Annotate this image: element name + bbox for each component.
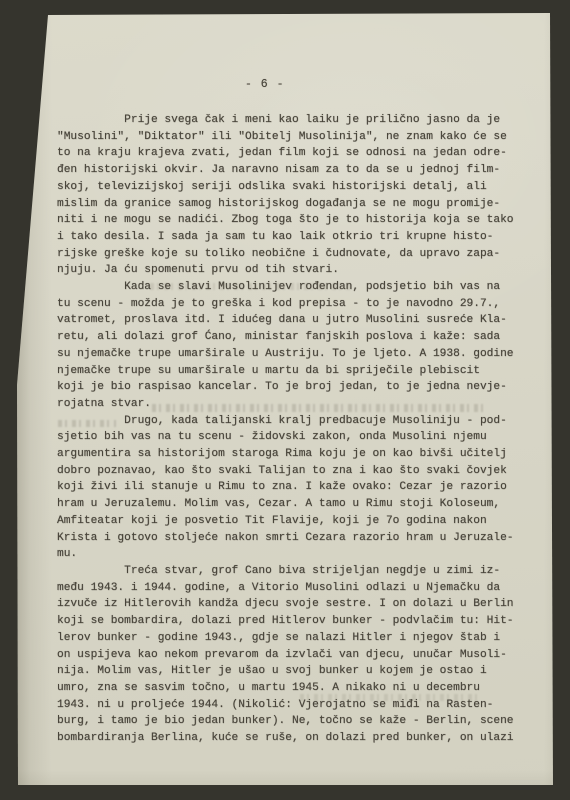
paragraph-2: Kada se slavi Musolinijev rođendan, pods…: [57, 279, 523, 413]
ink-bleed-artifact: [58, 420, 116, 427]
ink-bleed-artifact: [300, 694, 480, 701]
typewritten-text: Prije svega čak i meni kao laiku je pril…: [57, 112, 523, 747]
document-scan: - 6 - Prije svega čak i meni kao laiku j…: [0, 0, 570, 800]
paragraph-1: Prije svega čak i meni kao laiku je pril…: [57, 112, 523, 279]
ink-bleed-artifact: [150, 283, 350, 290]
ink-bleed-artifact: [152, 404, 488, 412]
paragraph-3: Drugo, kada talijanski kralj predbacuje …: [57, 413, 523, 563]
page-number: - 6 -: [245, 78, 285, 92]
paragraph-4: Treća stvar, grof Cano biva strijeljan n…: [57, 563, 523, 747]
